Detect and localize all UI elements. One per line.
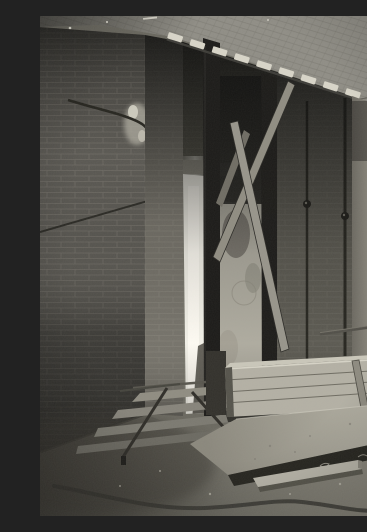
film-grain (40, 16, 367, 516)
photo-canvas (40, 16, 367, 516)
construction-site-photograph: Black-and-white photograph of a building… (40, 16, 367, 516)
